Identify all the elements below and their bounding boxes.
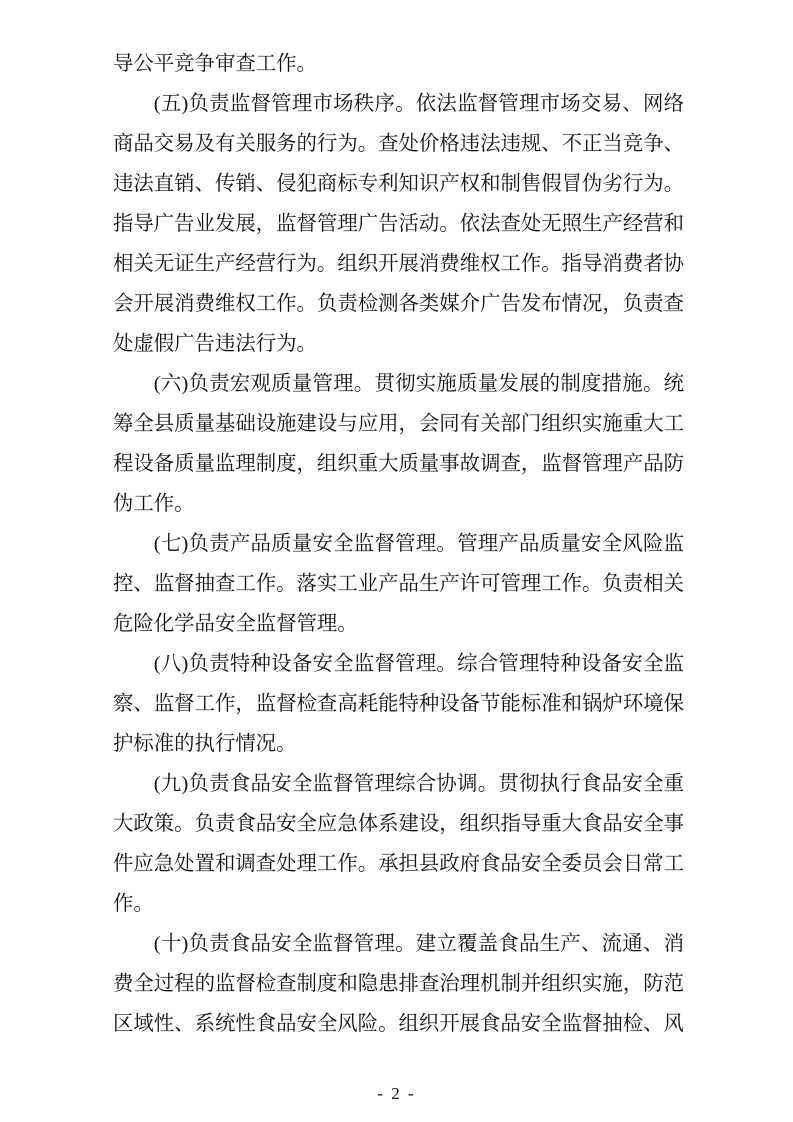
page-footer: - 2 - (0, 1084, 793, 1104)
paragraph: 导公平竞争审查工作。 (113, 44, 684, 84)
page-number: - 2 - (377, 1084, 415, 1103)
paragraph: (十)负责食品安全监督管理。建立覆盖食品生产、流通、消费全过程的监督检查制度和隐… (113, 924, 684, 1044)
paragraph: (七)负责产品质量安全监督管理。管理产品质量安全风险监控、监督抽查工作。落实工业… (113, 524, 684, 644)
paragraph: (八)负责特种设备安全监督管理。综合管理特种设备安全监察、监督工作，监督检查高耗… (113, 644, 684, 764)
document-page: 导公平竞争审查工作。(五)负责监督管理市场秩序。依法监督管理市场交易、网络商品交… (0, 0, 793, 1122)
paragraph: (六)负责宏观质量管理。贯彻实施质量发展的制度措施。统筹全县质量基础设施建设与应… (113, 364, 684, 524)
document-body: 导公平竞争审查工作。(五)负责监督管理市场秩序。依法监督管理市场交易、网络商品交… (113, 44, 684, 1044)
paragraph: (九)负责食品安全监督管理综合协调。贯彻执行食品安全重大政策。负责食品安全应急体… (113, 764, 684, 924)
paragraph: (五)负责监督管理市场秩序。依法监督管理市场交易、网络商品交易及有关服务的行为。… (113, 84, 684, 364)
